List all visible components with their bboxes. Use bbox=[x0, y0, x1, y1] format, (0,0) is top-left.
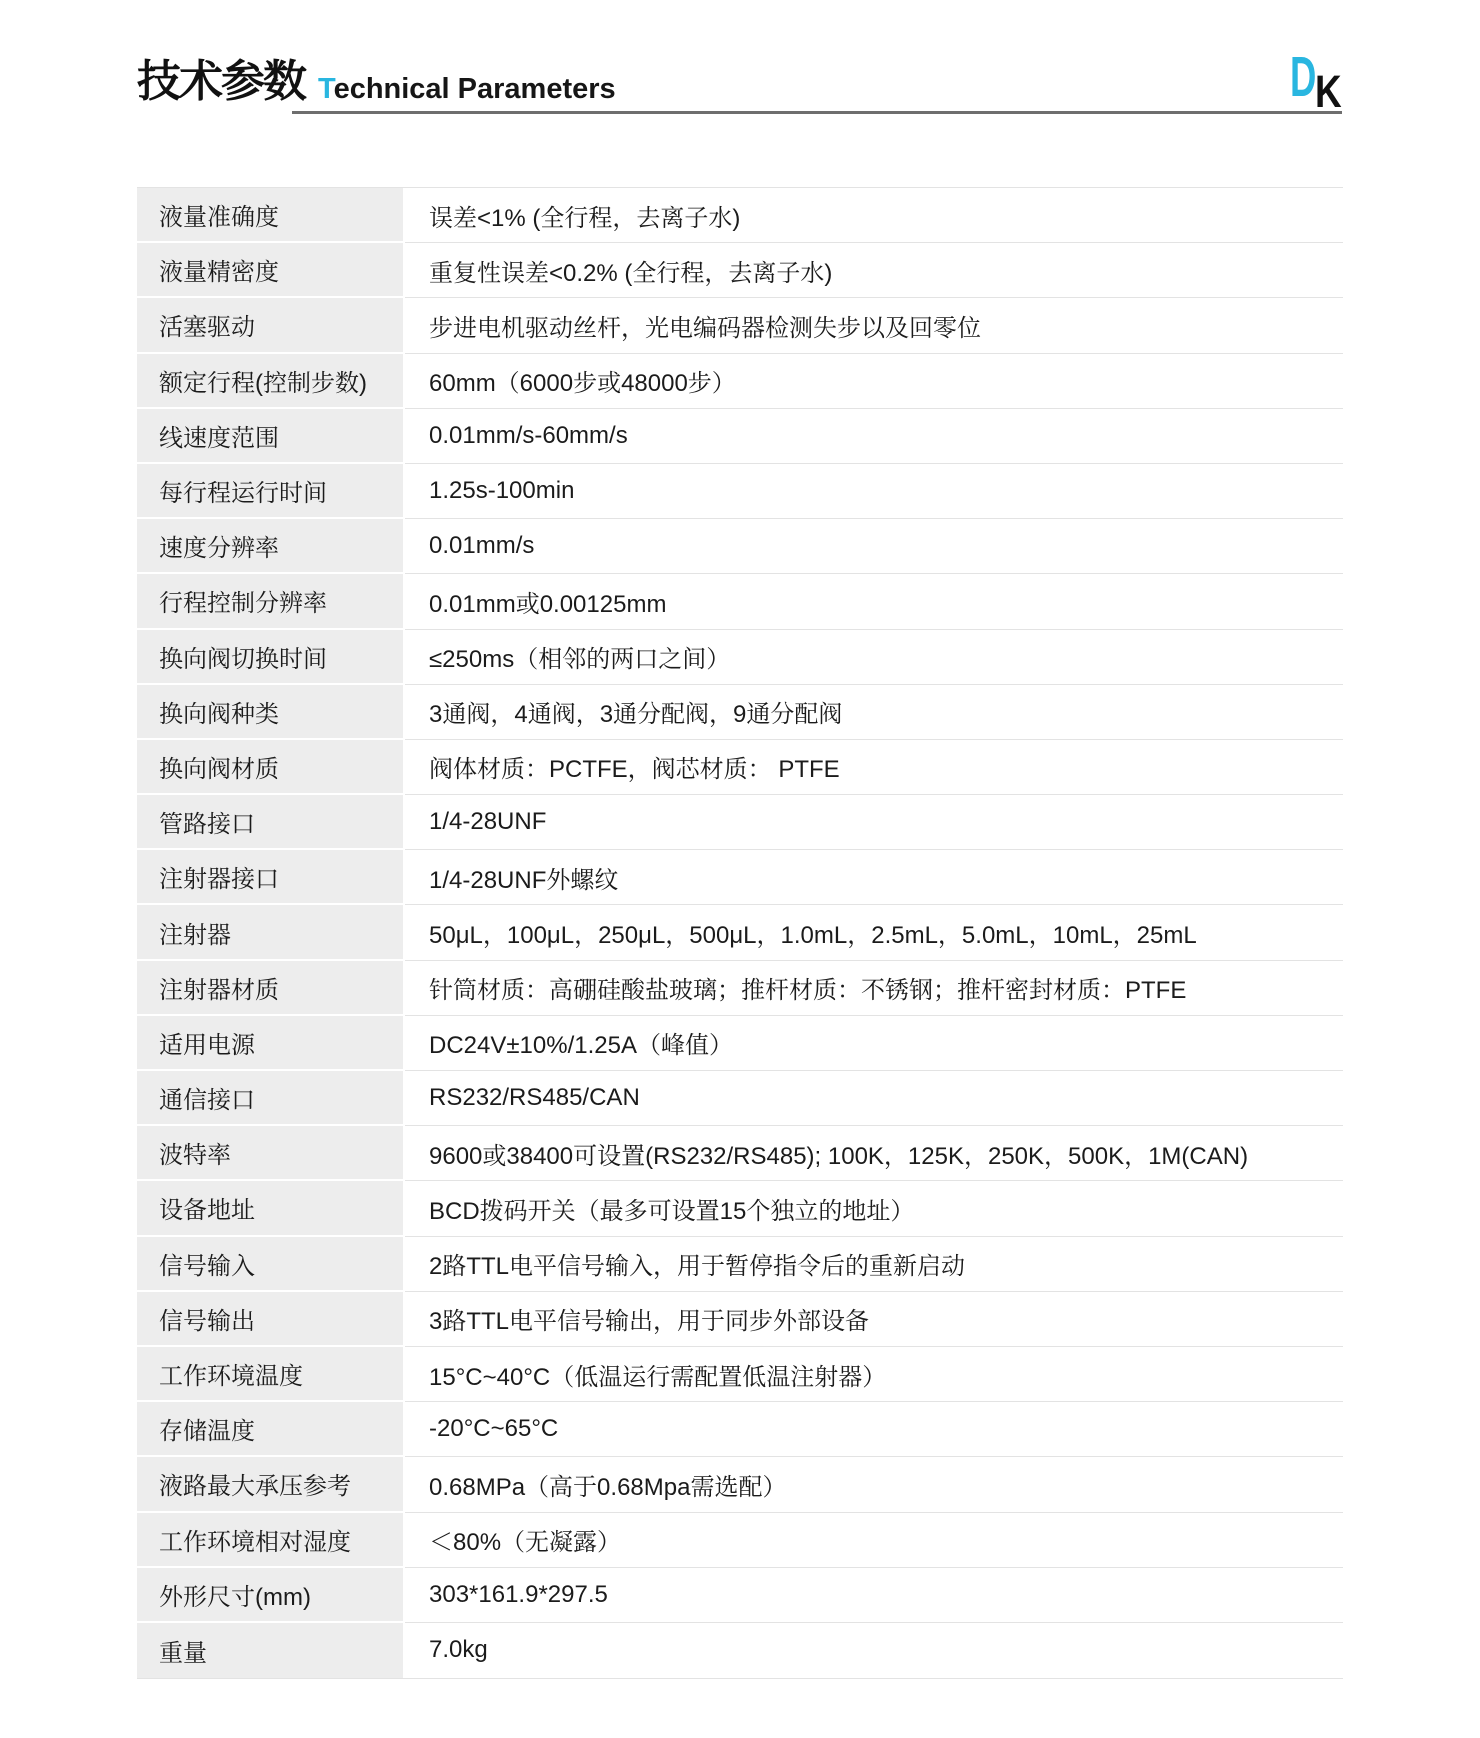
param-label: 注射器接口 bbox=[137, 850, 405, 905]
param-value: 步进电机驱动丝杆，光电编码器检测失步以及回零位 bbox=[405, 298, 1343, 353]
param-label: 活塞驱动 bbox=[137, 298, 405, 353]
param-label: 换向阀材质 bbox=[137, 740, 405, 795]
param-value: 3通阀，4通阀，3通分配阀，9通分配阀 bbox=[405, 685, 1343, 740]
subtitle-rest: echnical Parameters bbox=[334, 73, 616, 105]
table-row: 换向阀切换时间 ≤250ms（相邻的两口之间） bbox=[137, 630, 1343, 685]
param-value: 60mm（6000步或48000步） bbox=[405, 354, 1343, 409]
table-row: 活塞驱动 步进电机驱动丝杆，光电编码器检测失步以及回零位 bbox=[137, 298, 1343, 353]
param-value: 50μL，100μL，250μL，500μL，1.0mL，2.5mL，5.0mL… bbox=[405, 905, 1343, 960]
param-value: 阀体材质：PCTFE，阀芯材质： PTFE bbox=[405, 740, 1343, 795]
table-row: 注射器接口 1/4-28UNF外螺纹 bbox=[137, 850, 1343, 905]
param-value: 0.01mm/s-60mm/s bbox=[405, 409, 1343, 464]
param-label: 外形尺寸(mm) bbox=[137, 1568, 405, 1623]
param-label: 线速度范围 bbox=[137, 409, 405, 464]
param-value: 2路TTL电平信号输入，用于暂停指令后的重新启动 bbox=[405, 1237, 1343, 1292]
logo-letter-k: K bbox=[1315, 69, 1342, 114]
param-value: 0.68MPa（高于0.68Mpa需选配） bbox=[405, 1457, 1343, 1512]
param-label: 注射器材质 bbox=[137, 961, 405, 1016]
table-row: 工作环境相对湿度 ＜80%（无凝露） bbox=[137, 1513, 1343, 1568]
table-row: 液量准确度 误差<1% (全行程，去离子水) bbox=[137, 188, 1343, 243]
param-value: 1.25s-100min bbox=[405, 464, 1343, 519]
table-row: 通信接口 RS232/RS485/CAN bbox=[137, 1071, 1343, 1126]
table-row: 换向阀种类 3通阀，4通阀，3通分配阀，9通分配阀 bbox=[137, 685, 1343, 740]
logo-letter-d: D bbox=[1290, 49, 1316, 106]
param-label: 液量精密度 bbox=[137, 243, 405, 298]
param-label: 额定行程(控制步数) bbox=[137, 354, 405, 409]
param-value: RS232/RS485/CAN bbox=[405, 1071, 1343, 1126]
param-label: 信号输入 bbox=[137, 1237, 405, 1292]
param-value: ＜80%（无凝露） bbox=[405, 1513, 1343, 1568]
param-value: 误差<1% (全行程，去离子水) bbox=[405, 188, 1343, 243]
param-value: BCD拨码开关（最多可设置15个独立的地址） bbox=[405, 1181, 1343, 1236]
page-title: 技术参数 bbox=[137, 58, 305, 106]
param-label: 换向阀种类 bbox=[137, 685, 405, 740]
param-label: 速度分辨率 bbox=[137, 519, 405, 574]
table-row: 液量精密度 重复性误差<0.2% (全行程，去离子水) bbox=[137, 243, 1343, 298]
param-value: 重复性误差<0.2% (全行程，去离子水) bbox=[405, 243, 1343, 298]
param-label: 波特率 bbox=[137, 1126, 405, 1181]
param-label: 工作环境温度 bbox=[137, 1347, 405, 1402]
brand-logo: D K bbox=[1288, 44, 1358, 116]
param-value: ≤250ms（相邻的两口之间） bbox=[405, 630, 1343, 685]
param-label: 适用电源 bbox=[137, 1016, 405, 1071]
table-row: 注射器材质 针筒材质：高硼硅酸盐玻璃；推杆材质：不锈钢；推杆密封材质：PTFE bbox=[137, 961, 1343, 1016]
param-value: 9600或38400可设置(RS232/RS485); 100K，125K，25… bbox=[405, 1126, 1343, 1181]
param-value: 1/4-28UNF bbox=[405, 795, 1343, 850]
table-row: 管路接口 1/4-28UNF bbox=[137, 795, 1343, 850]
table-row: 信号输入 2路TTL电平信号输入，用于暂停指令后的重新启动 bbox=[137, 1237, 1343, 1292]
table-row: 波特率 9600或38400可设置(RS232/RS485); 100K，125… bbox=[137, 1126, 1343, 1181]
table-row: 设备地址 BCD拨码开关（最多可设置15个独立的地址） bbox=[137, 1181, 1343, 1236]
table-row: 信号输出 3路TTL电平信号输出，用于同步外部设备 bbox=[137, 1292, 1343, 1347]
param-label: 重量 bbox=[137, 1623, 405, 1678]
table-row: 额定行程(控制步数) 60mm（6000步或48000步） bbox=[137, 354, 1343, 409]
header-underline bbox=[292, 111, 1342, 114]
param-label: 换向阀切换时间 bbox=[137, 630, 405, 685]
page: 技术参数 Technical Parameters D K 液量准确度 误差<1… bbox=[0, 0, 1480, 1738]
param-label: 存储温度 bbox=[137, 1402, 405, 1457]
table-row: 速度分辨率 0.01mm/s bbox=[137, 519, 1343, 574]
param-label: 行程控制分辨率 bbox=[137, 574, 405, 629]
param-label: 管路接口 bbox=[137, 795, 405, 850]
param-label: 工作环境相对湿度 bbox=[137, 1513, 405, 1568]
table-row: 换向阀材质 阀体材质：PCTFE，阀芯材质： PTFE bbox=[137, 740, 1343, 795]
param-value: 15°C~40°C（低温运行需配置低温注射器） bbox=[405, 1347, 1343, 1402]
page-subtitle: Technical Parameters bbox=[318, 74, 616, 106]
table-row: 适用电源 DC24V±10%/1.25A（峰值） bbox=[137, 1016, 1343, 1071]
param-label: 液量准确度 bbox=[137, 188, 405, 243]
param-label: 液路最大承压参考 bbox=[137, 1457, 405, 1512]
param-value: DC24V±10%/1.25A（峰值） bbox=[405, 1016, 1343, 1071]
param-value: 3路TTL电平信号输出，用于同步外部设备 bbox=[405, 1292, 1343, 1347]
table-row: 注射器 50μL，100μL，250μL，500μL，1.0mL，2.5mL，5… bbox=[137, 905, 1343, 960]
table-row: 线速度范围 0.01mm/s-60mm/s bbox=[137, 409, 1343, 464]
table-row: 外形尺寸(mm) 303*161.9*297.5 bbox=[137, 1568, 1343, 1623]
param-label: 信号输出 bbox=[137, 1292, 405, 1347]
table-row: 存储温度 -20°C~65°C bbox=[137, 1402, 1343, 1457]
param-value: 0.01mm或0.00125mm bbox=[405, 574, 1343, 629]
table-row: 每行程运行时间 1.25s-100min bbox=[137, 464, 1343, 519]
table-row: 液路最大承压参考 0.68MPa（高于0.68Mpa需选配） bbox=[137, 1457, 1343, 1512]
table-row: 重量 7.0kg bbox=[137, 1623, 1343, 1678]
param-label: 每行程运行时间 bbox=[137, 464, 405, 519]
table-row: 行程控制分辨率 0.01mm或0.00125mm bbox=[137, 574, 1343, 629]
param-label: 设备地址 bbox=[137, 1181, 405, 1236]
spec-table: 液量准确度 误差<1% (全行程，去离子水) 液量精密度 重复性误差<0.2% … bbox=[137, 187, 1343, 1679]
param-value: 0.01mm/s bbox=[405, 519, 1343, 574]
param-value: 针筒材质：高硼硅酸盐玻璃；推杆材质：不锈钢；推杆密封材质：PTFE bbox=[405, 961, 1343, 1016]
param-value: -20°C~65°C bbox=[405, 1402, 1343, 1457]
param-value: 1/4-28UNF外螺纹 bbox=[405, 850, 1343, 905]
param-label: 注射器 bbox=[137, 905, 405, 960]
param-value: 7.0kg bbox=[405, 1623, 1343, 1678]
param-value: 303*161.9*297.5 bbox=[405, 1568, 1343, 1623]
subtitle-initial: T bbox=[318, 73, 334, 105]
param-label: 通信接口 bbox=[137, 1071, 405, 1126]
table-row: 工作环境温度 15°C~40°C（低温运行需配置低温注射器） bbox=[137, 1347, 1343, 1402]
